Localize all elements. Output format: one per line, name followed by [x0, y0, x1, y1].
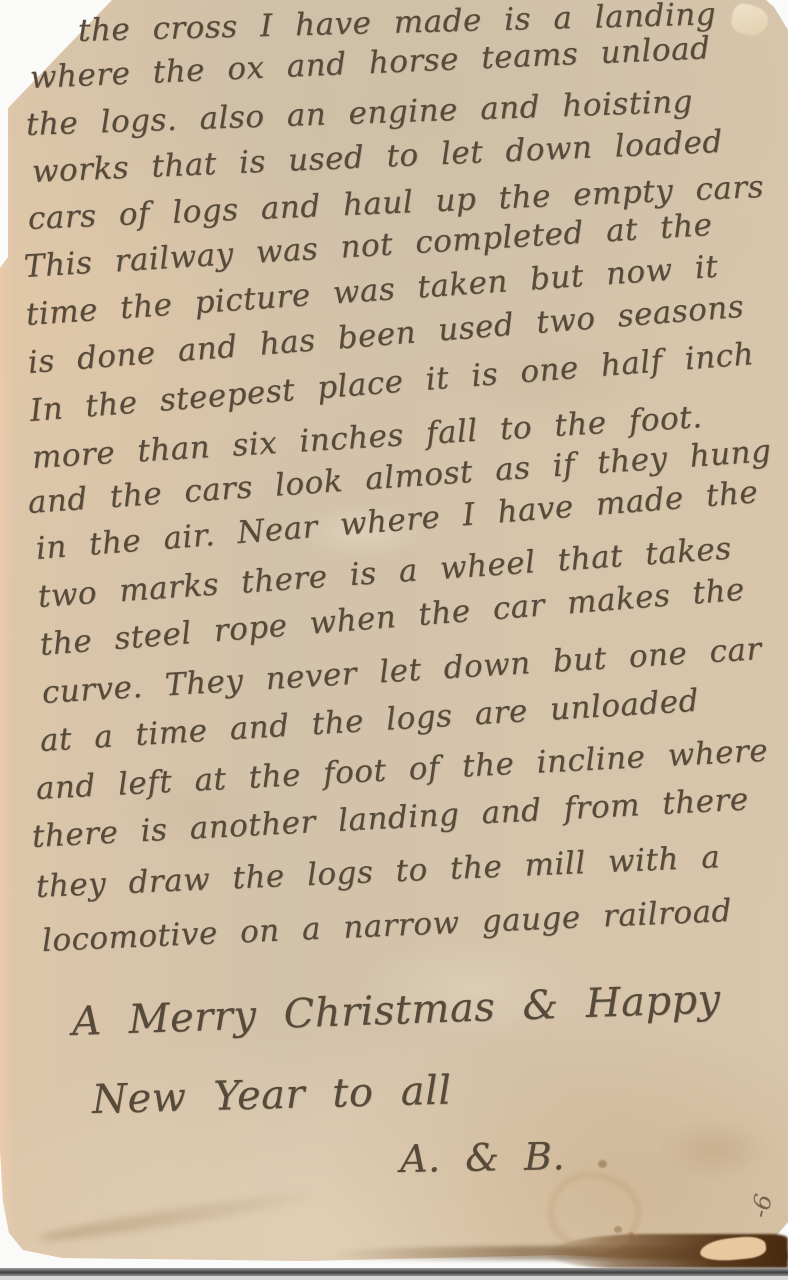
closing-greeting-line2: New Year to all [91, 1071, 452, 1120]
smudge-mark [660, 1120, 770, 1180]
scan-edge-line [0, 1268, 788, 1276]
stain-spot [614, 1226, 622, 1233]
scanned-letter: the cross I have made is a landing where… [0, 0, 788, 1280]
stain-spot [598, 1160, 607, 1168]
signature: A. & B. [400, 1137, 566, 1178]
stain-spot [628, 1232, 634, 1238]
scan-edge-light [0, 1276, 788, 1280]
